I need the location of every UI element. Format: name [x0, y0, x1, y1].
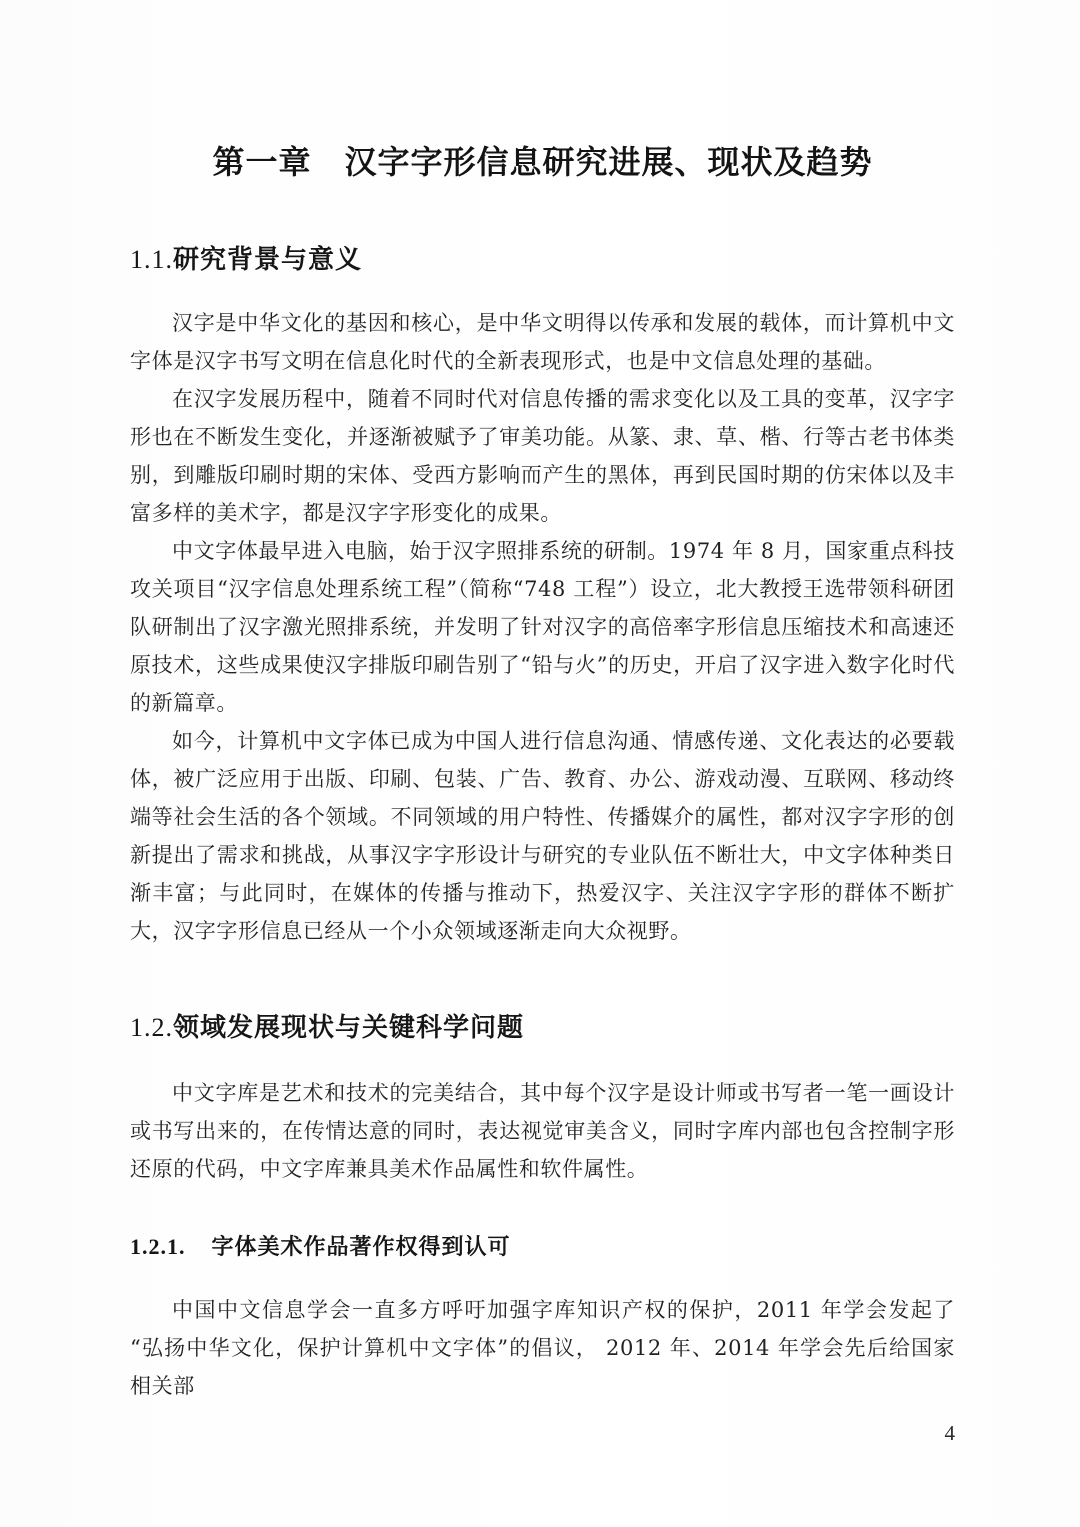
section-heading-1-2: 1.2.领域发展现状与关键科学问题: [130, 1010, 955, 1046]
subsection-number: 1.2.1.: [130, 1234, 186, 1259]
body-paragraph: 中国中文信息学会一直多方呼吁加强字库知识产权的保护，2011 年学会发起了“弘扬…: [130, 1291, 955, 1405]
document-page: 第一章 汉字字形信息研究进展、现状及趋势 1.1.研究背景与意义 汉字是中华文化…: [0, 0, 1080, 1527]
subsection-heading-1-2-1: 1.2.1.字体美术作品著作权得到认可: [130, 1232, 955, 1263]
chapter-title: 第一章 汉字字形信息研究进展、现状及趋势: [130, 138, 955, 186]
section-number: 1.1.: [130, 245, 173, 274]
body-paragraph: 中文字体最早进入电脑，始于汉字照排系统的研制。1974 年 8 月，国家重点科技…: [130, 532, 955, 722]
subsection-title: 字体美术作品著作权得到认可: [212, 1235, 511, 1260]
body-paragraph: 汉字是中华文化的基因和核心，是中华文明得以传承和发展的载体，而计算机中文字体是汉…: [130, 304, 955, 380]
body-paragraph: 中文字库是艺术和技术的完美结合，其中每个汉字是设计师或书写者一笔一画设计或书写出…: [130, 1074, 955, 1188]
section-1-2-body: 中文字库是艺术和技术的完美结合，其中每个汉字是设计师或书写者一笔一画设计或书写出…: [130, 1074, 955, 1188]
page-number: 4: [130, 1419, 955, 1447]
section-heading-1-1: 1.1.研究背景与意义: [130, 242, 955, 278]
section-title: 研究背景与意义: [173, 245, 362, 275]
body-paragraph: 在汉字发展历程中，随着不同时代对信息传播的需求变化以及工具的变革，汉字字形也在不…: [130, 380, 955, 532]
subsection-1-2-1-body: 中国中文信息学会一直多方呼吁加强字库知识产权的保护，2011 年学会发起了“弘扬…: [130, 1291, 955, 1405]
section-1-1-body: 汉字是中华文化的基因和核心，是中华文明得以传承和发展的载体，而计算机中文字体是汉…: [130, 304, 955, 950]
section-number: 1.2.: [130, 1013, 173, 1042]
body-paragraph: 如今，计算机中文字体已成为中国人进行信息沟通、情感传递、文化表达的必要载体，被广…: [130, 722, 955, 950]
section-title: 领域发展现状与关键科学问题: [173, 1013, 524, 1043]
